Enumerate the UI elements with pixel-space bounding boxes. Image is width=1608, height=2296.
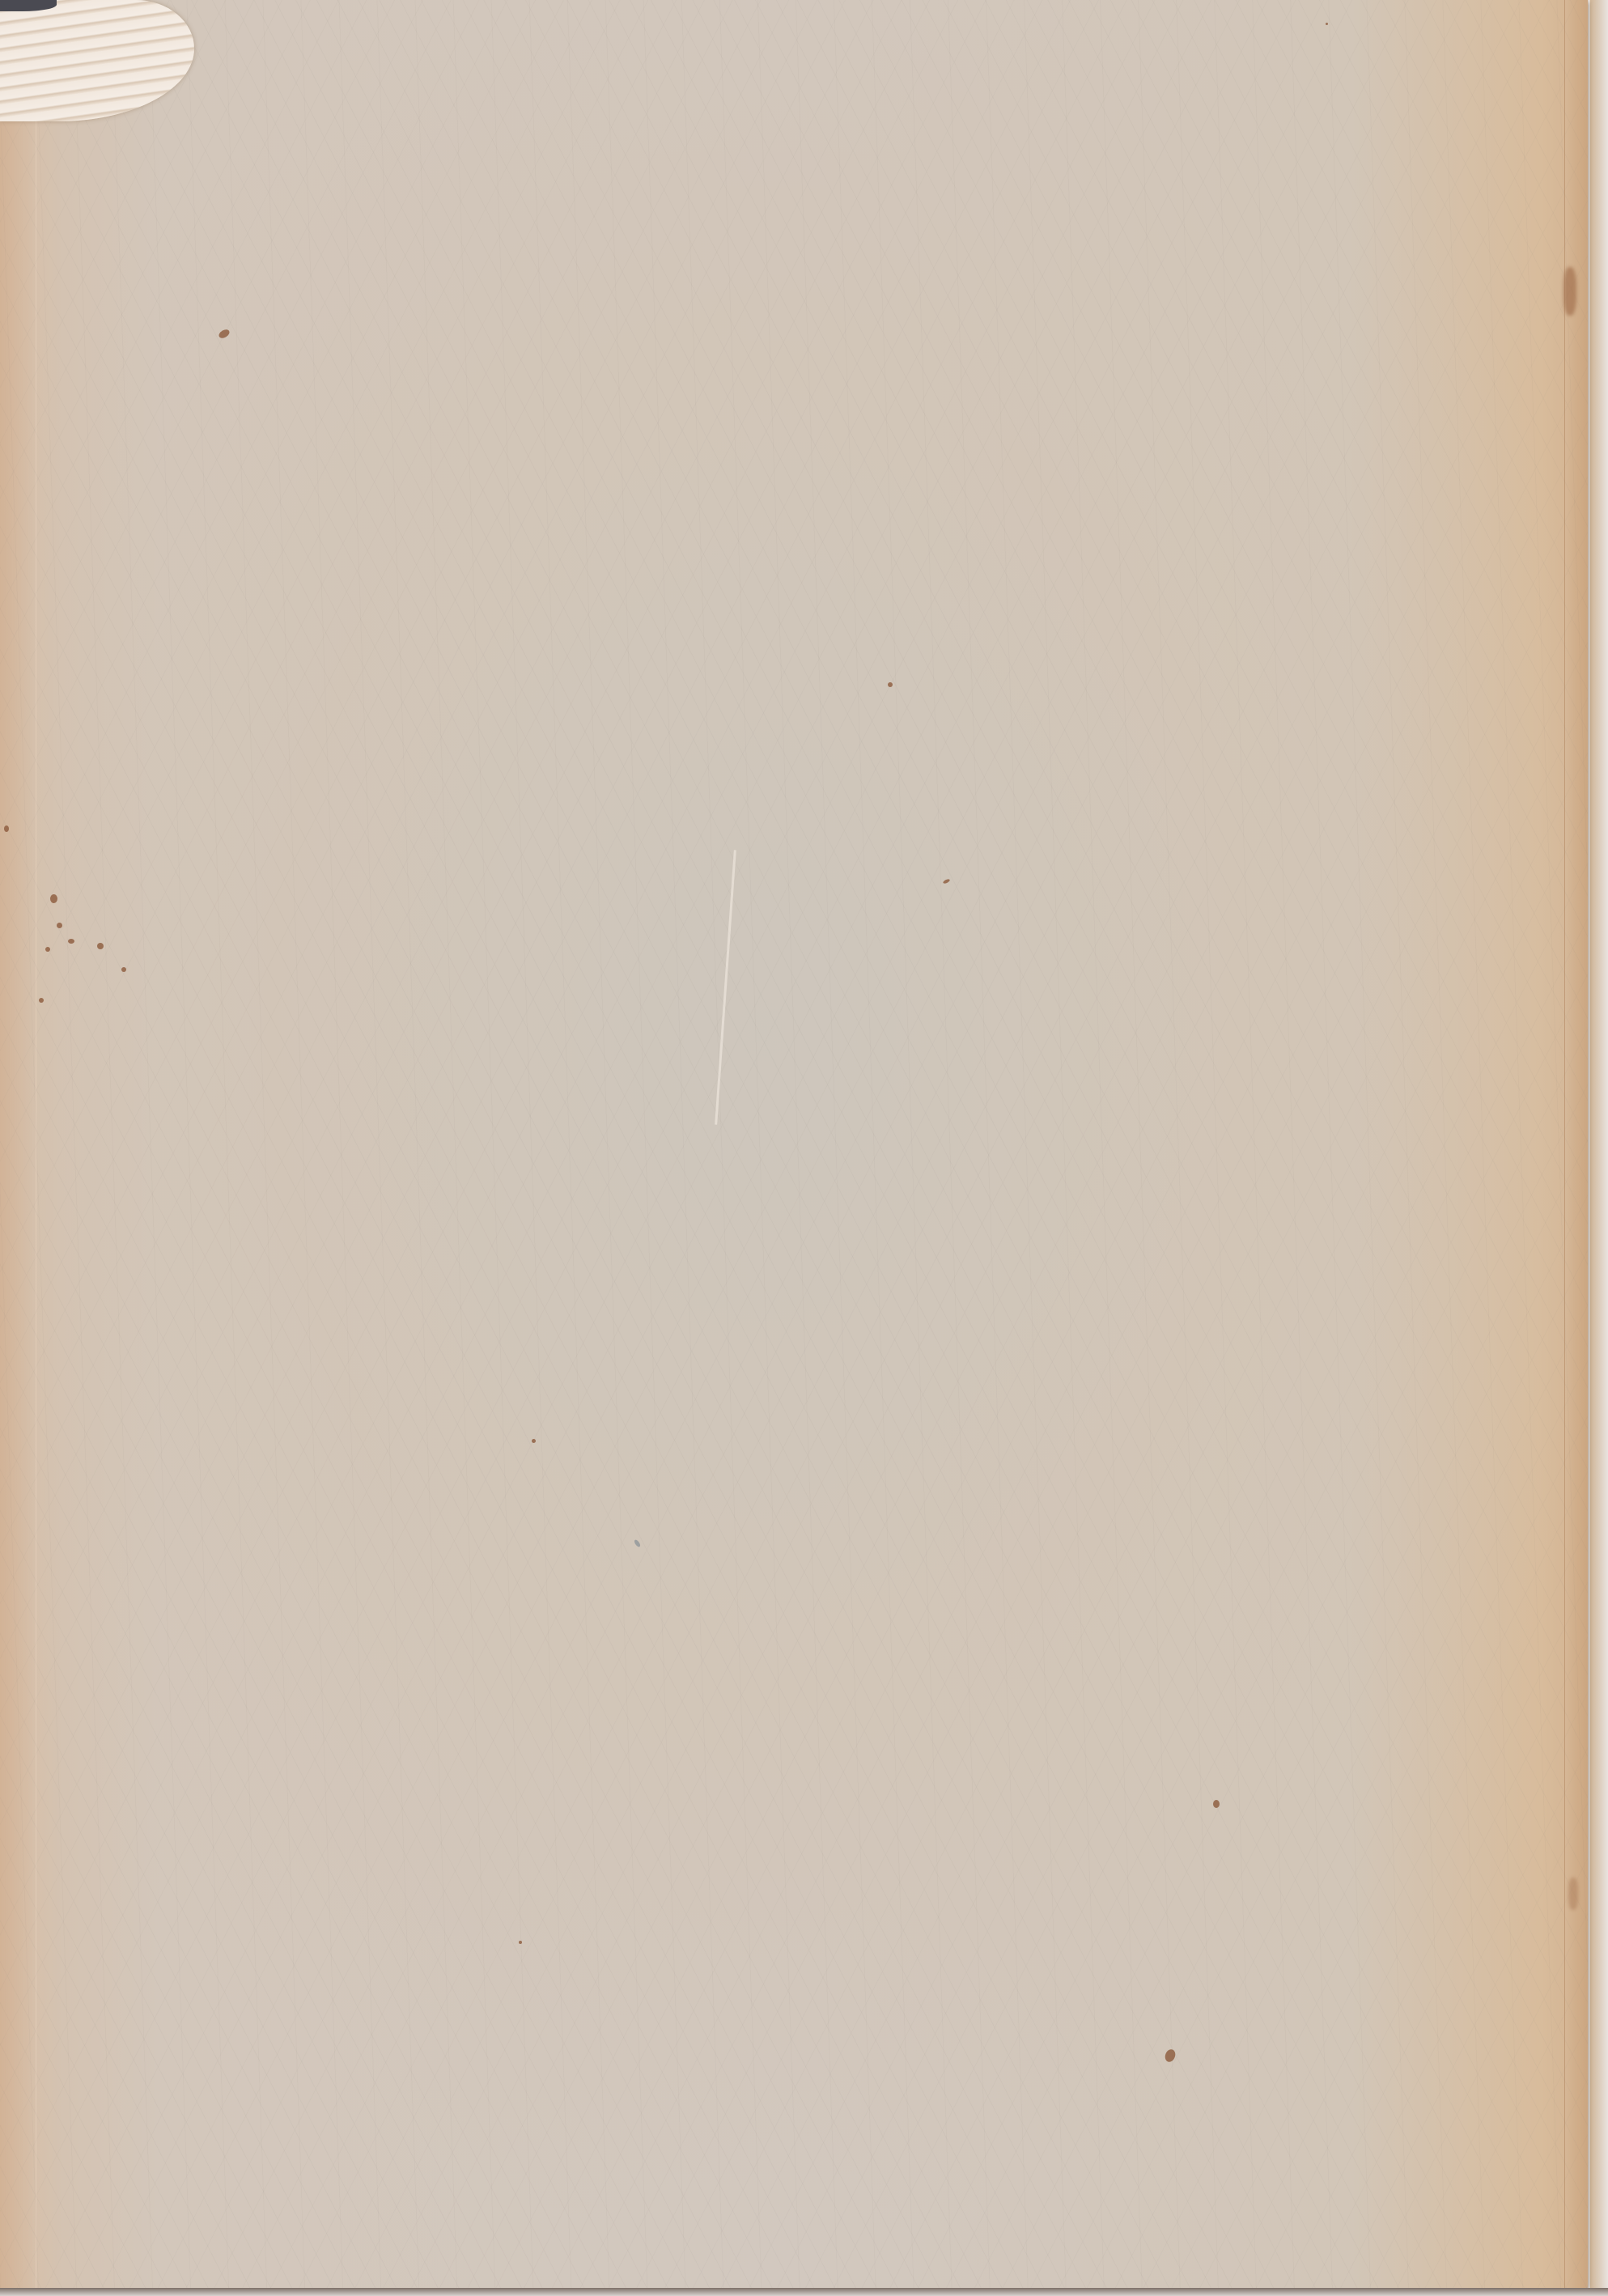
foxing-spot bbox=[97, 943, 104, 949]
foxing-spot bbox=[45, 947, 50, 952]
ink-speck bbox=[1326, 23, 1328, 25]
ink-speck bbox=[532, 1439, 536, 1443]
paper-fiber-texture bbox=[0, 0, 1588, 2290]
ink-speck bbox=[519, 1941, 522, 1944]
ink-speck bbox=[1164, 2048, 1177, 2063]
torn-corner-patch bbox=[0, 0, 194, 121]
right-edge-discoloration bbox=[1564, 0, 1588, 2290]
edge-stain bbox=[1563, 267, 1576, 316]
underlying-sheet-edge bbox=[1590, 0, 1608, 2296]
foxing-spot bbox=[39, 998, 44, 1003]
blank-paper-sheet bbox=[0, 0, 1588, 2290]
scanned-page bbox=[0, 0, 1608, 2296]
faint-crease bbox=[715, 850, 736, 1124]
foxing-spot bbox=[121, 967, 126, 972]
foxing-spot bbox=[57, 923, 62, 928]
ink-speck bbox=[634, 1538, 642, 1547]
ink-speck bbox=[888, 682, 893, 687]
ink-speck bbox=[218, 328, 231, 340]
ink-speck bbox=[943, 878, 951, 884]
edge-stain bbox=[1568, 1878, 1578, 1910]
foxing-spot bbox=[50, 894, 57, 903]
foxing-spot bbox=[4, 825, 9, 832]
spine-band bbox=[0, 0, 36, 2290]
foxing-spot bbox=[68, 939, 74, 944]
bottom-page-edge bbox=[0, 2288, 1608, 2296]
ink-speck bbox=[1213, 1800, 1220, 1808]
